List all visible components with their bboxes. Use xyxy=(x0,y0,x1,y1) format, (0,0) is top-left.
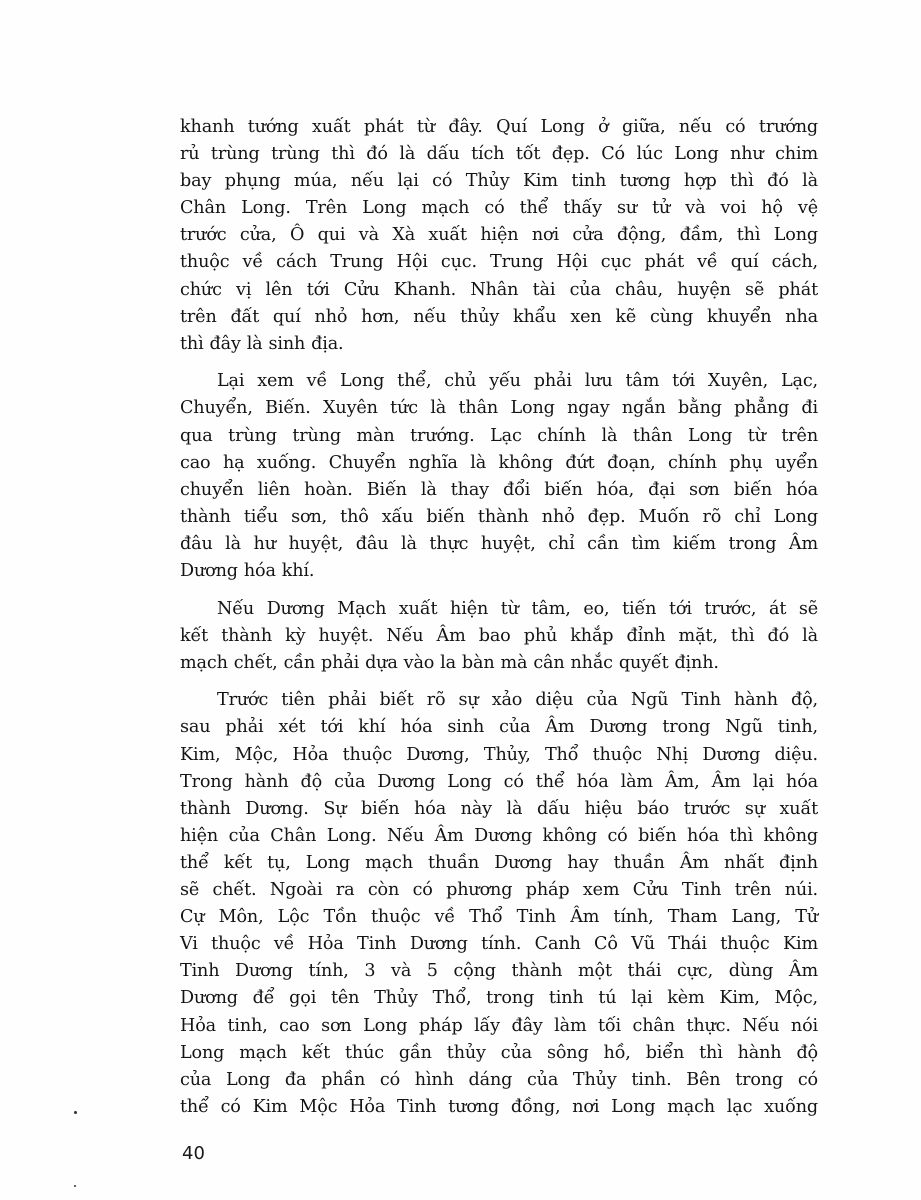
text-line: thành Dương. Sự biến hóa này là dấu hiệu… xyxy=(180,796,818,823)
body-text: khanh tướng xuất phát từ đây. Quí Long ở… xyxy=(180,114,818,1131)
paragraph-3: Nếu Dương Mạch xuất hiện từ tâm, eo, tiế… xyxy=(180,596,818,677)
text-line: Tinh Dương tính, 3 và 5 cộng thành một t… xyxy=(180,958,818,985)
text-line: Trong hành độ của Dương Long có thể hóa … xyxy=(180,769,818,796)
text-line: Nếu Dương Mạch xuất hiện từ tâm, eo, tiế… xyxy=(180,596,818,623)
text-line: Dương để gọi tên Thủy Thổ, trong tinh tú… xyxy=(180,985,818,1012)
text-line: thành tiểu sơn, thô xấu biến thành nhỏ đ… xyxy=(180,504,818,531)
text-line: thì đây là sinh địa. xyxy=(180,331,818,358)
text-line: Lại xem về Long thể, chủ yếu phải lưu tâ… xyxy=(180,368,818,395)
text-line: sau phải xét tới khí hóa sinh của Âm Dươ… xyxy=(180,714,818,741)
text-line: sẽ chết. Ngoài ra còn có phương pháp xem… xyxy=(180,877,818,904)
text-line: Kim, Mộc, Hỏa thuộc Dương, Thủy, Thổ thu… xyxy=(180,742,818,769)
paragraph-4: Trước tiên phải biết rõ sự xảo diệu của … xyxy=(180,687,818,1121)
text-line: chức vị lên tới Cửu Khanh. Nhân tài của … xyxy=(180,277,818,304)
text-line: Chân Long. Trên Long mạch có thể thấy sư… xyxy=(180,195,818,222)
text-line: Dương hóa khí. xyxy=(180,558,818,585)
scan-speck xyxy=(74,1185,76,1187)
text-line: mạch chết, cần phải dựa vào la bàn mà câ… xyxy=(180,650,818,677)
paragraph-2: Lại xem về Long thể, chủ yếu phải lưu tâ… xyxy=(180,368,818,585)
text-line: khanh tướng xuất phát từ đây. Quí Long ở… xyxy=(180,114,818,141)
text-line: hiện của Chân Long. Nếu Âm Dương không c… xyxy=(180,823,818,850)
text-line: rủ trùng trùng thì đó là dấu tích tốt đẹ… xyxy=(180,141,818,168)
text-line: thể có Kim Mộc Hỏa Tinh tương đồng, nơi … xyxy=(180,1094,818,1121)
text-line: bay phụng múa, nếu lại có Thủy Kim tinh … xyxy=(180,168,818,195)
text-line: Chuyển, Biến. Xuyên tức là thân Long nga… xyxy=(180,395,818,422)
paragraph-1: khanh tướng xuất phát từ đây. Quí Long ở… xyxy=(180,114,818,358)
text-line: đâu là hư huyệt, đâu là thực huyệt, chỉ … xyxy=(180,531,818,558)
text-line: Long mạch kết thúc gần thủy của sông hồ,… xyxy=(180,1040,818,1067)
page-number: 40 xyxy=(182,1143,205,1164)
text-line: thể kết tụ, Long mạch thuần Dương hay th… xyxy=(180,850,818,877)
text-line: trước cửa, Ô qui và Xà xuất hiện nơi cửa… xyxy=(180,222,818,249)
text-line: Vi thuộc về Hỏa Tinh Dương tính. Canh Cô… xyxy=(180,931,818,958)
text-line: qua trùng trùng màn trướng. Lạc chính là… xyxy=(180,423,818,450)
text-line: chuyển liên hoàn. Biến là thay đổi biến … xyxy=(180,477,818,504)
text-line: Hỏa tinh, cao sơn Long pháp lấy đây làm … xyxy=(180,1013,818,1040)
text-line: cao hạ xuống. Chuyển nghĩa là không đứt … xyxy=(180,450,818,477)
text-line: thuộc về cách Trung Hội cục. Trung Hội c… xyxy=(180,249,818,276)
text-line: Cự Môn, Lộc Tồn thuộc về Thổ Tinh Âm tín… xyxy=(180,904,818,931)
text-line: của Long đa phần có hình dáng của Thủy t… xyxy=(180,1067,818,1094)
book-page: khanh tướng xuất phát từ đây. Quí Long ở… xyxy=(0,0,921,1200)
scan-speck xyxy=(74,1111,77,1114)
text-line: Trước tiên phải biết rõ sự xảo diệu của … xyxy=(180,687,818,714)
text-line: kết thành kỳ huyệt. Nếu Âm bao phủ khắp … xyxy=(180,623,818,650)
text-line: trên đất quí nhỏ hơn, nếu thủy khẩu xen … xyxy=(180,304,818,331)
